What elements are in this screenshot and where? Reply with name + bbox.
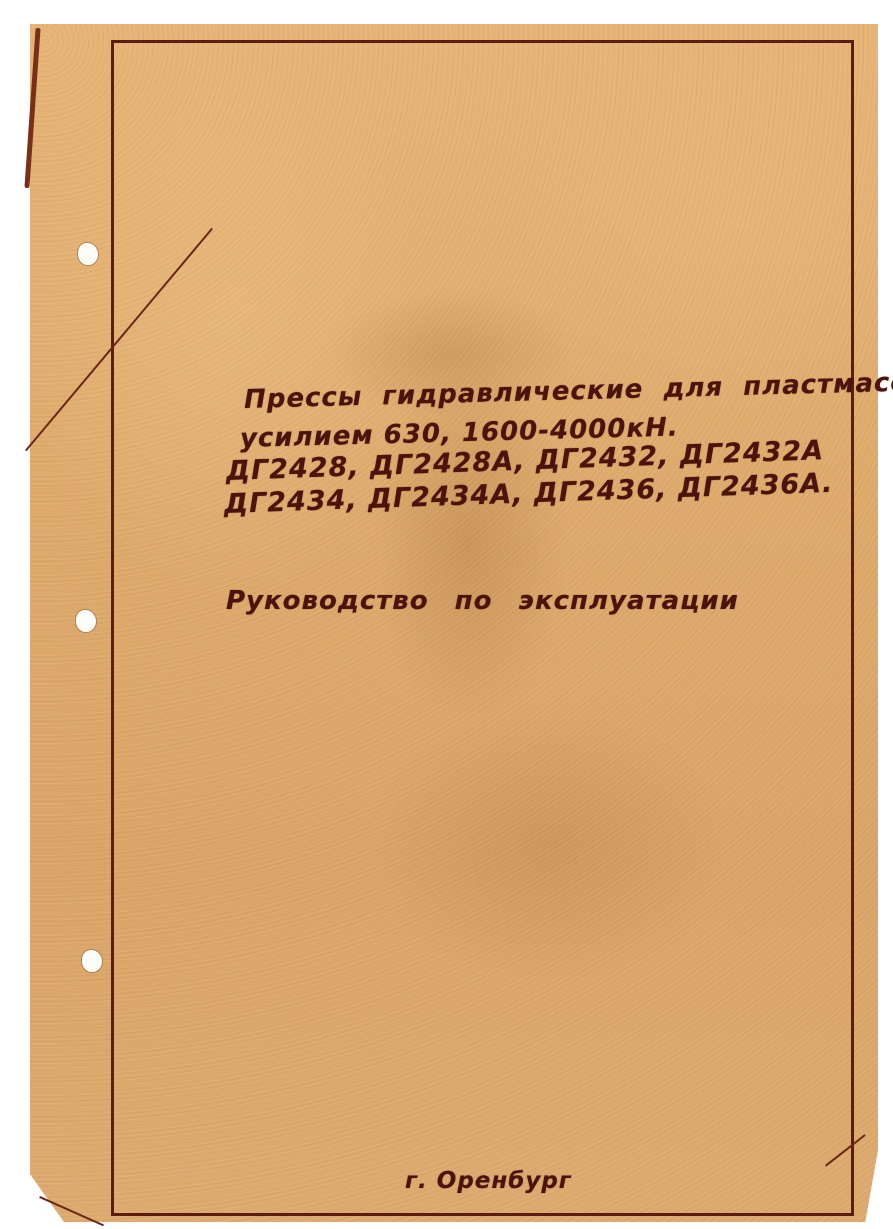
city-footer: г. Оренбург	[405, 1168, 572, 1194]
punch-hole	[76, 610, 96, 632]
page-border-frame	[111, 40, 854, 1216]
punch-hole	[82, 950, 102, 972]
punch-hole	[78, 243, 98, 265]
document-subtitle: Руководство по эксплуатации	[226, 586, 739, 616]
